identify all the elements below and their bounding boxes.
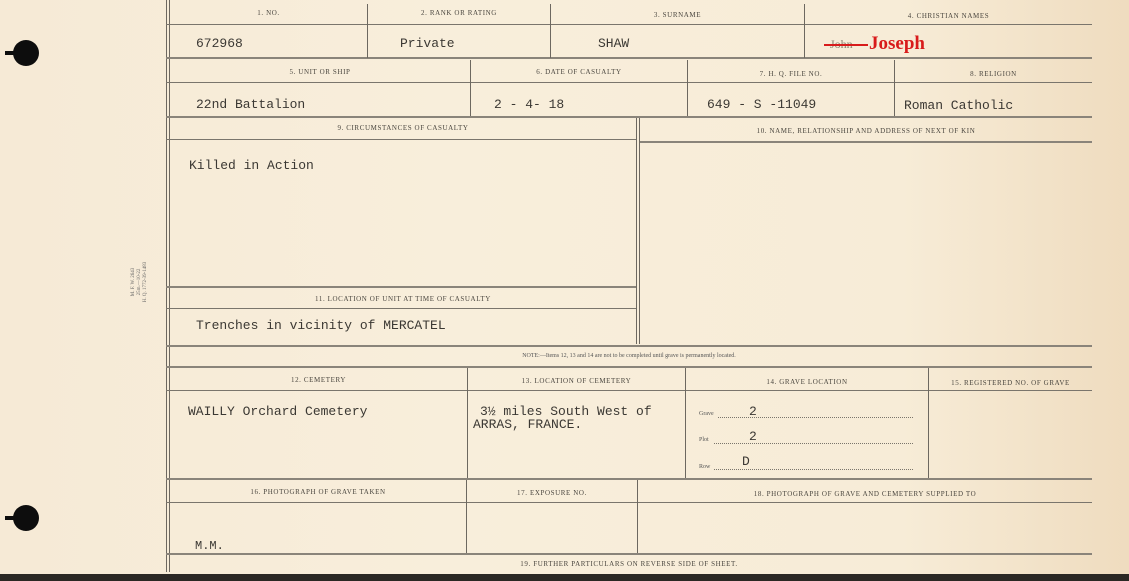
further-particulars: 19. Further Particulars on Reverse Side … [166, 560, 1092, 568]
value-circumstances: Killed in Action [189, 158, 314, 173]
divider [166, 553, 1092, 555]
label-location-unit: 11. Location of Unit at Time of Casualty [170, 295, 636, 303]
scan-edge [0, 574, 1129, 581]
label-photo-taken: 16. Photograph of Grave Taken [170, 488, 466, 496]
imprint-line: H. Q. 1772-39-1483 [143, 257, 149, 307]
value-religion: Roman Catholic [904, 98, 1013, 113]
label-cemetery: 12. Cemetery [170, 376, 467, 384]
note-text: NOTE:—Items 12, 13 and 14 are not to be … [166, 353, 1092, 359]
plot-label: Plot [699, 437, 709, 443]
value-surname: SHAW [598, 36, 629, 51]
divider [640, 141, 1092, 143]
grave-label: Grave [699, 411, 714, 417]
divider [166, 502, 1092, 503]
casualty-card: 1. No. 2. Rank or Rating 3. Surname 4. C… [166, 0, 1092, 572]
divider [166, 345, 1092, 347]
value-row: D [742, 454, 750, 469]
value-christian-corrected: Joseph [869, 33, 925, 55]
label-religion: 8. Religion [895, 70, 1092, 78]
divider [166, 24, 1092, 25]
label-christian: 4. Christian Names [805, 12, 1092, 20]
label-exposure-no: 17. Exposure No. [467, 489, 637, 497]
divider [894, 60, 895, 116]
value-no: 672968 [196, 36, 243, 51]
value-plot: 2 [749, 429, 757, 444]
divider [166, 286, 636, 288]
label-rank: 2. Rank or Rating [368, 9, 550, 17]
divider [166, 139, 636, 140]
value-hq-file: 649 - S -11049 [707, 97, 816, 112]
divider [166, 366, 1092, 368]
divider [636, 118, 637, 344]
label-surname: 3. Surname [551, 11, 804, 19]
value-cemetery-location-line2: ARRAS, FRANCE. [473, 417, 582, 432]
divider [166, 82, 1092, 83]
divider [166, 478, 1092, 480]
label-next-of-kin: 10. Name, Relationship and Address of Ne… [640, 127, 1092, 135]
label-date: 6. Date of Casualty [471, 68, 687, 76]
punch-hole-top [13, 40, 39, 66]
side-imprint: M. F. W. 2643 25m.—10-22 H. Q. 1772-39-1… [131, 257, 171, 307]
punch-hole-bottom [13, 505, 39, 531]
label-no: 1. No. [170, 9, 367, 17]
row-line [714, 469, 913, 470]
label-hq-file: 7. H. Q. File No. [688, 70, 894, 78]
plot-line [714, 443, 913, 444]
row-label: Row [699, 464, 710, 470]
divider [166, 57, 1092, 59]
divider [166, 308, 636, 309]
value-unit: 22nd Battalion [196, 97, 305, 112]
label-cemetery-location: 13. Location of Cemetery [468, 377, 685, 385]
divider [687, 60, 688, 116]
label-grave-location: 14. Grave Location [686, 378, 928, 386]
value-grave: 2 [749, 404, 757, 419]
grave-line [718, 417, 913, 418]
label-circumstances: 9. Circumstances of Casualty [170, 124, 636, 132]
label-unit: 5. Unit or Ship [170, 68, 470, 76]
value-location-unit: Trenches in vicinity of MERCATEL [196, 318, 446, 333]
value-cemetery: WAILLY Orchard Cemetery [188, 404, 367, 419]
divider [166, 390, 1092, 391]
divider [639, 118, 640, 344]
label-photo-supplied: 18. Photograph of Grave and Cemetery Sup… [638, 490, 1092, 498]
value-rank: Private [400, 36, 455, 51]
value-photo-taken: M.M. [195, 539, 224, 553]
value-date: 2 - 4- 18 [494, 97, 564, 112]
strikethrough-line [824, 44, 868, 46]
label-registered-no: 15. Registered No. of Grave [929, 379, 1092, 387]
divider [166, 116, 1092, 118]
